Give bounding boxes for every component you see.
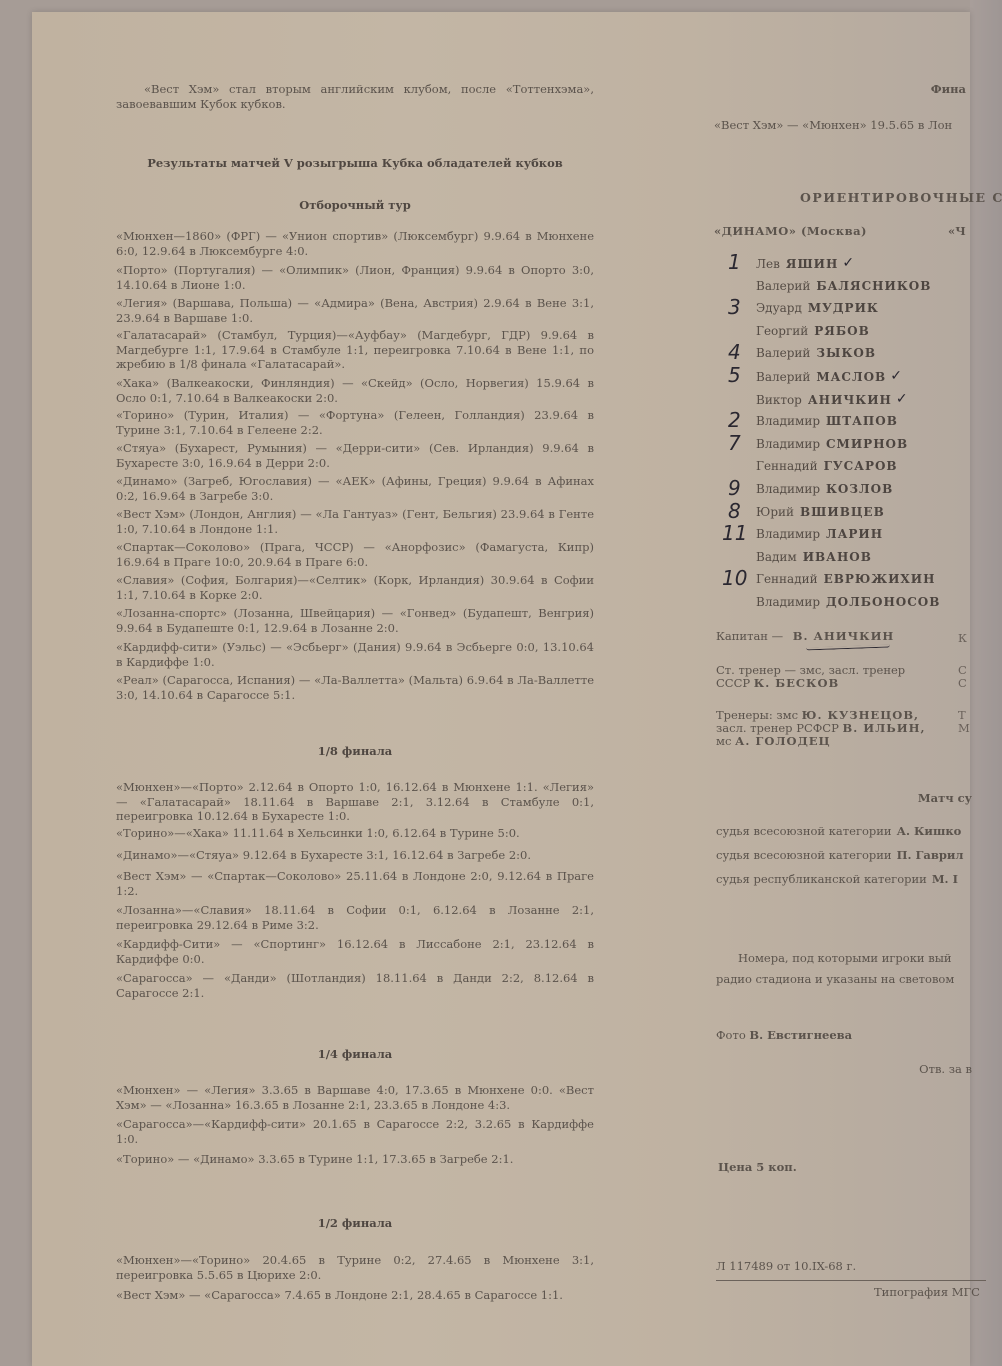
handwritten-number: 8 <box>728 499 741 523</box>
section-heading: Отборочный тур <box>116 198 594 212</box>
referee-category: судья республиканской категории <box>716 872 927 886</box>
handwritten-number: 3 <box>728 295 741 319</box>
player-first-name: Владимир <box>756 595 820 609</box>
match-result-entry: «Стяуа» (Бухарест, Румыния) — «Дерри-сит… <box>116 441 594 470</box>
match-result-entry: «Сарагосса» — «Данди» (Шотландия) 18.11.… <box>116 971 594 1000</box>
handwritten-number: 7 <box>728 431 741 455</box>
match-result-entry: «Легия» (Варшава, Польша) — «Адмира» (Ве… <box>116 296 594 325</box>
player-first-name: Владимир <box>756 482 820 496</box>
player-row: ВалерийМАСЛОВ✓ <box>756 369 902 385</box>
match-result-entry: «Мюнхен» — «Легия» 3.3.65 в Варшаве 4:0,… <box>116 1083 594 1112</box>
player-last-name: ЕВРЮЖИХИН <box>824 572 936 586</box>
footer-rule <box>716 1280 986 1281</box>
player-last-name: РЯБОВ <box>814 324 869 338</box>
player-first-name: Лев <box>756 257 780 271</box>
referee-row: судья республиканской категорииМ. I <box>716 872 958 887</box>
player-first-name: Валерий <box>756 279 810 293</box>
section-heading: 1/2 финала <box>116 1216 594 1230</box>
player-first-name: Эдуард <box>756 301 802 315</box>
player-row: ЛевЯШИН✓ <box>756 256 854 272</box>
match-result-entry: «Хака» (Валкеакоски, Финляндия) — «Скейд… <box>116 376 594 405</box>
handwritten-number: 11 <box>722 521 747 545</box>
handwritten-number: 9 <box>728 476 741 500</box>
numbers-note-line-1: Номера, под которыми игроки вый <box>716 948 954 969</box>
player-last-name: МАСЛОВ <box>816 370 886 384</box>
license-line: Л 117489 от 10.IX-68 г. <box>716 1259 856 1274</box>
player-last-name: ЗЫКОВ <box>816 346 876 360</box>
match-result-entry: «Галатасарай» (Стамбул, Турция)—«Ауфбау»… <box>116 328 594 372</box>
player-first-name: Владимир <box>756 414 820 428</box>
player-last-name: ШТАПОВ <box>826 414 898 428</box>
player-last-name: КОЗЛОВ <box>826 482 893 496</box>
player-row: ВладимирСМИРНОВ <box>756 437 908 451</box>
handwritten-check-icon: ✓ <box>842 255 854 271</box>
match-result-entry: «Мюнхен—1860» (ФРГ) — «Унион спортив» (Л… <box>116 229 594 258</box>
player-row: ВладимирЛАРИН <box>756 527 883 541</box>
referee-category: судья всесоюзной категории <box>716 824 892 838</box>
player-row: ЮрийВШИВЦЕВ <box>756 505 885 519</box>
trainers-cut-2: М <box>958 722 970 735</box>
player-row: ВладимирКОЗЛОВ <box>756 482 893 496</box>
referee-heading: Матч су <box>900 791 972 806</box>
photo-author: В. Евстигнеева <box>749 1028 852 1042</box>
player-row: ВладимирШТАПОВ <box>756 414 898 428</box>
player-first-name: Вадим <box>756 550 797 564</box>
player-row: ЭдуардМУДРИК <box>756 301 879 315</box>
player-first-name: Валерий <box>756 346 810 360</box>
player-last-name: ГУСАРОВ <box>824 459 898 473</box>
player-first-name: Виктор <box>756 393 802 407</box>
match-result-entry: «Кардифф-сити» (Уэльс) — «Эсбьерг» (Дани… <box>116 640 594 669</box>
player-last-name: АНИЧКИН <box>808 393 892 407</box>
trainers-cut: Т М <box>958 709 970 735</box>
handwritten-number: 2 <box>728 408 741 432</box>
player-row: ГеннадийГУСАРОВ <box>756 459 898 473</box>
player-last-name: ДОЛБОНОСОВ <box>826 595 940 609</box>
player-last-name: БАЛЯСНИКОВ <box>816 279 931 293</box>
player-first-name: Георгий <box>756 324 808 338</box>
numbers-note: Номера, под которыми игроки вый радио ст… <box>716 948 954 990</box>
player-row: ВалерийБАЛЯСНИКОВ <box>756 279 931 293</box>
player-row: ВладимирДОЛБОНОСОВ <box>756 595 940 609</box>
player-row: ГеоргийРЯБОВ <box>756 324 870 338</box>
player-row: ВалерийЗЫКОВ <box>756 346 876 360</box>
match-result-entry: «Лозанна-спортс» (Лозанна, Швейцария) — … <box>116 606 594 635</box>
coach-cut-2: С <box>958 677 967 690</box>
responsible-line: Отв. за в <box>900 1062 972 1077</box>
player-last-name: МУДРИК <box>808 301 879 315</box>
player-row: ВикторАНИЧКИН✓ <box>756 392 908 408</box>
player-row: ВадимИВАНОВ <box>756 550 872 564</box>
captain-name: В. АНИЧКИН <box>793 629 895 643</box>
results-title: Результаты матчей V розыгрыша Кубка обла… <box>116 156 594 170</box>
referee-category: судья всесоюзной категории <box>716 848 892 862</box>
trainers-mid: засл. тренер РСФСР <box>716 721 839 735</box>
match-result-entry: «Сарагосса»—«Кардифф-сити» 20.1.65 в Сар… <box>116 1117 594 1146</box>
trainer-3: А. ГОЛОДЕЦ <box>735 734 831 748</box>
match-result-entry: «Вест Хэм» (Лондон, Англия) — «Ла Гантуа… <box>116 507 594 536</box>
match-result-entry: «Славия» (София, Болгария)—«Селтик» (Кор… <box>116 573 594 602</box>
referee-name: П. Гаврил <box>897 848 964 862</box>
printer-line: Типография МГС <box>874 1285 980 1300</box>
opponent-team-cut: «Ч <box>948 224 966 239</box>
coach-cut: С С <box>958 664 967 690</box>
player-last-name: ВШИВЦЕВ <box>800 505 885 519</box>
player-last-name: ЛАРИН <box>826 527 883 541</box>
head-coach-name: К. БЕСКОВ <box>754 676 839 690</box>
photo-label: Фото <box>716 1028 746 1042</box>
captain-cut: К <box>958 631 967 646</box>
referee-row: судья всесоюзной категорииА. Кишко <box>716 824 961 839</box>
player-last-name: ЯШИН <box>786 257 838 271</box>
player-first-name: Владимир <box>756 437 820 451</box>
referee-name: М. I <box>932 872 958 886</box>
section-heading: 1/8 финала <box>116 744 594 758</box>
player-first-name: Валерий <box>756 370 810 384</box>
handwritten-check-icon: ✓ <box>896 391 908 407</box>
match-result-entry: «Вест Хэм» — «Сарагосса» 7.4.65 в Лондон… <box>116 1288 594 1303</box>
match-result-entry: «Кардифф-Сити» — «Спортинг» 16.12.64 в Л… <box>116 937 594 966</box>
trainers-label: Тренеры: змс <box>716 708 798 722</box>
lineups-heading: ОРИЕНТИРОВОЧНЫЕ С <box>800 190 1002 205</box>
trainer-1: Ю. КУЗНЕЦОВ, <box>802 708 919 722</box>
head-coach-block: Ст. тренер — змс, засл. тренер СССР К. Б… <box>716 664 905 690</box>
match-result-entry: «Лозанна»—«Славия» 18.11.64 в Софии 0:1,… <box>116 903 594 932</box>
price: Цена 5 коп. <box>718 1160 797 1175</box>
referee-row: судья всесоюзной категорииП. Гаврил <box>716 848 964 863</box>
match-result-entry: «Торино» — «Динамо» 3.3.65 в Турине 1:1,… <box>116 1152 594 1167</box>
match-result-entry: «Вест Хэм» — «Спартак—Соколово» 25.11.64… <box>116 869 594 898</box>
match-result-entry: «Порто» (Португалия) — «Олимпик» (Лион, … <box>116 263 594 292</box>
player-first-name: Геннадий <box>756 459 818 473</box>
intro-paragraph: «Вест Хэм» стал вторым английским клубом… <box>116 82 594 111</box>
captain-label: Капитан — <box>716 629 783 643</box>
player-last-name: ИВАНОВ <box>803 550 872 564</box>
match-result-entry: «Реал» (Сарагосса, Испания) — «Ла-Валлет… <box>116 673 594 702</box>
match-result-entry: «Динамо» (Загреб, Югославия) — «АЕК» (Аф… <box>116 474 594 503</box>
handwritten-number: 1 <box>728 250 741 274</box>
head-coach-country: СССР <box>716 676 750 690</box>
match-result-entry: «Торино» (Турин, Италия) — «Фортуна» (Ге… <box>116 408 594 437</box>
trainers-ms: мс <box>716 734 731 748</box>
numbers-note-line-2: радио стадиона и указаны на световом <box>716 969 954 990</box>
trainers-block: Тренеры: змс Ю. КУЗНЕЦОВ, засл. тренер Р… <box>716 709 925 748</box>
referee-name: А. Кишко <box>897 824 962 838</box>
final-heading: Фина <box>900 82 966 97</box>
match-result-entry: «Мюнхен»—«Порто» 2.12.64 в Опорто 1:0, 1… <box>116 780 594 824</box>
captain-line: Капитан — В. АНИЧКИН <box>716 629 894 644</box>
handwritten-number: 4 <box>728 340 741 364</box>
player-last-name: СМИРНОВ <box>826 437 908 451</box>
photo-credit: Фото В. Евстигнеева <box>716 1028 852 1043</box>
match-result-entry: «Спартак—Соколово» (Прага, ЧССР) — «Анор… <box>116 540 594 569</box>
player-row: ГеннадийЕВРЮЖИХИН <box>756 572 935 586</box>
final-line: «Вест Хэм» — «Мюнхен» 19.5.65 в Лон <box>714 118 952 133</box>
match-result-entry: «Динамо»—«Стяуа» 9.12.64 в Бухаресте 3:1… <box>116 848 594 863</box>
player-first-name: Владимир <box>756 527 820 541</box>
trainer-2: В. ИЛЬИН, <box>842 721 925 735</box>
match-result-entry: «Мюнхен»—«Торино» 20.4.65 в Турине 0:2, … <box>116 1253 594 1282</box>
section-heading: 1/4 финала <box>116 1047 594 1061</box>
match-result-entry: «Торино»—«Хака» 11.11.64 в Хельсинки 1:0… <box>116 826 594 841</box>
player-first-name: Геннадий <box>756 572 818 586</box>
handwritten-check-icon: ✓ <box>890 368 902 384</box>
team-name: «ДИНАМО» (Москва) <box>714 224 867 239</box>
player-first-name: Юрий <box>756 505 794 519</box>
handwritten-number: 10 <box>722 566 747 590</box>
handwritten-number: 5 <box>728 363 741 387</box>
